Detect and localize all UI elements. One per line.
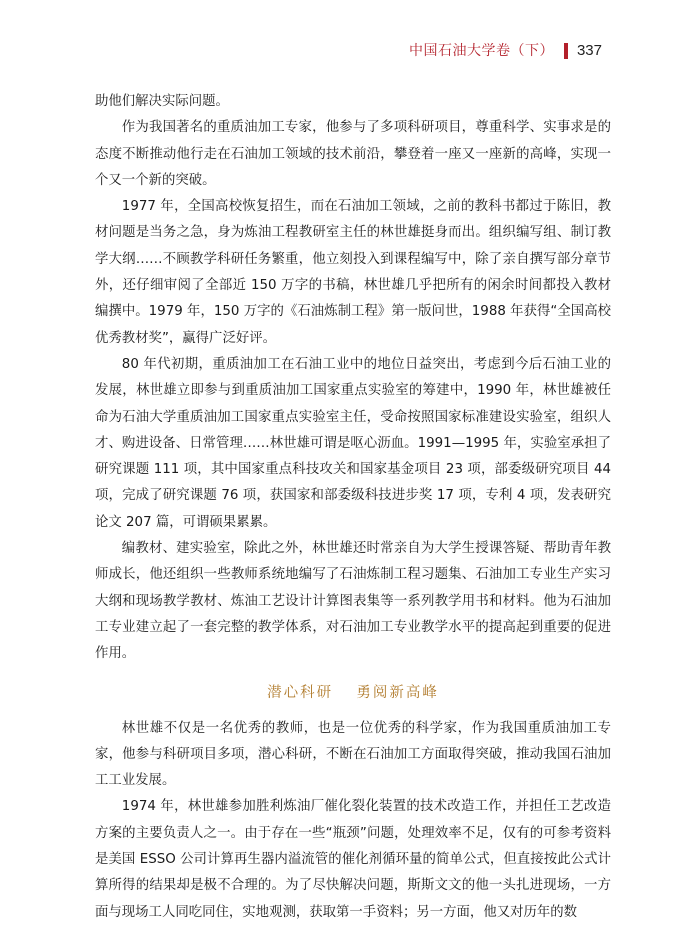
paragraph: 1977 年，全国高校恢复招生，而在石油加工领域，之前的教科书都过于陈旧，教材问… <box>95 194 611 352</box>
page-number: 337 <box>577 42 602 60</box>
paragraph: 80 年代初期，重质油加工在石油工业中的地位日益突出，考虑到今后石油工业的发展，… <box>95 352 611 536</box>
section-heading: 潜心科研勇阅新高峰 <box>95 682 611 704</box>
paragraph: 编教材、建实验室，除此之外，林世雄还时常亲自为大学生授课答疑、帮助青年教师成长，… <box>95 536 611 667</box>
paragraph: 助他们解决实际问题。 <box>95 89 611 115</box>
page-body: 助他们解决实际问题。 作为我国著名的重质油加工专家，他参与了多项科研项目，尊重科… <box>95 89 611 926</box>
running-header: 中国石油大学卷（下） 337 <box>409 42 602 60</box>
paragraph: 1974 年，林世雄参加胜利炼油厂催化裂化装置的技术改造工作，并担任工艺改造方案… <box>95 794 611 925</box>
section-heading-part-1: 潜心科研 <box>267 685 333 701</box>
header-divider-bar <box>564 43 568 59</box>
paragraph: 作为我国著名的重质油加工专家，他参与了多项科研项目，尊重科学、实事求是的态度不断… <box>95 115 611 194</box>
book-title: 中国石油大学卷（下） <box>409 42 554 60</box>
section-heading-part-2: 勇阅新高峰 <box>356 685 439 701</box>
paragraph: 林世雄不仅是一名优秀的教师，也是一位优秀的科学家，作为我国重质油加工专家，他参与… <box>95 716 611 795</box>
